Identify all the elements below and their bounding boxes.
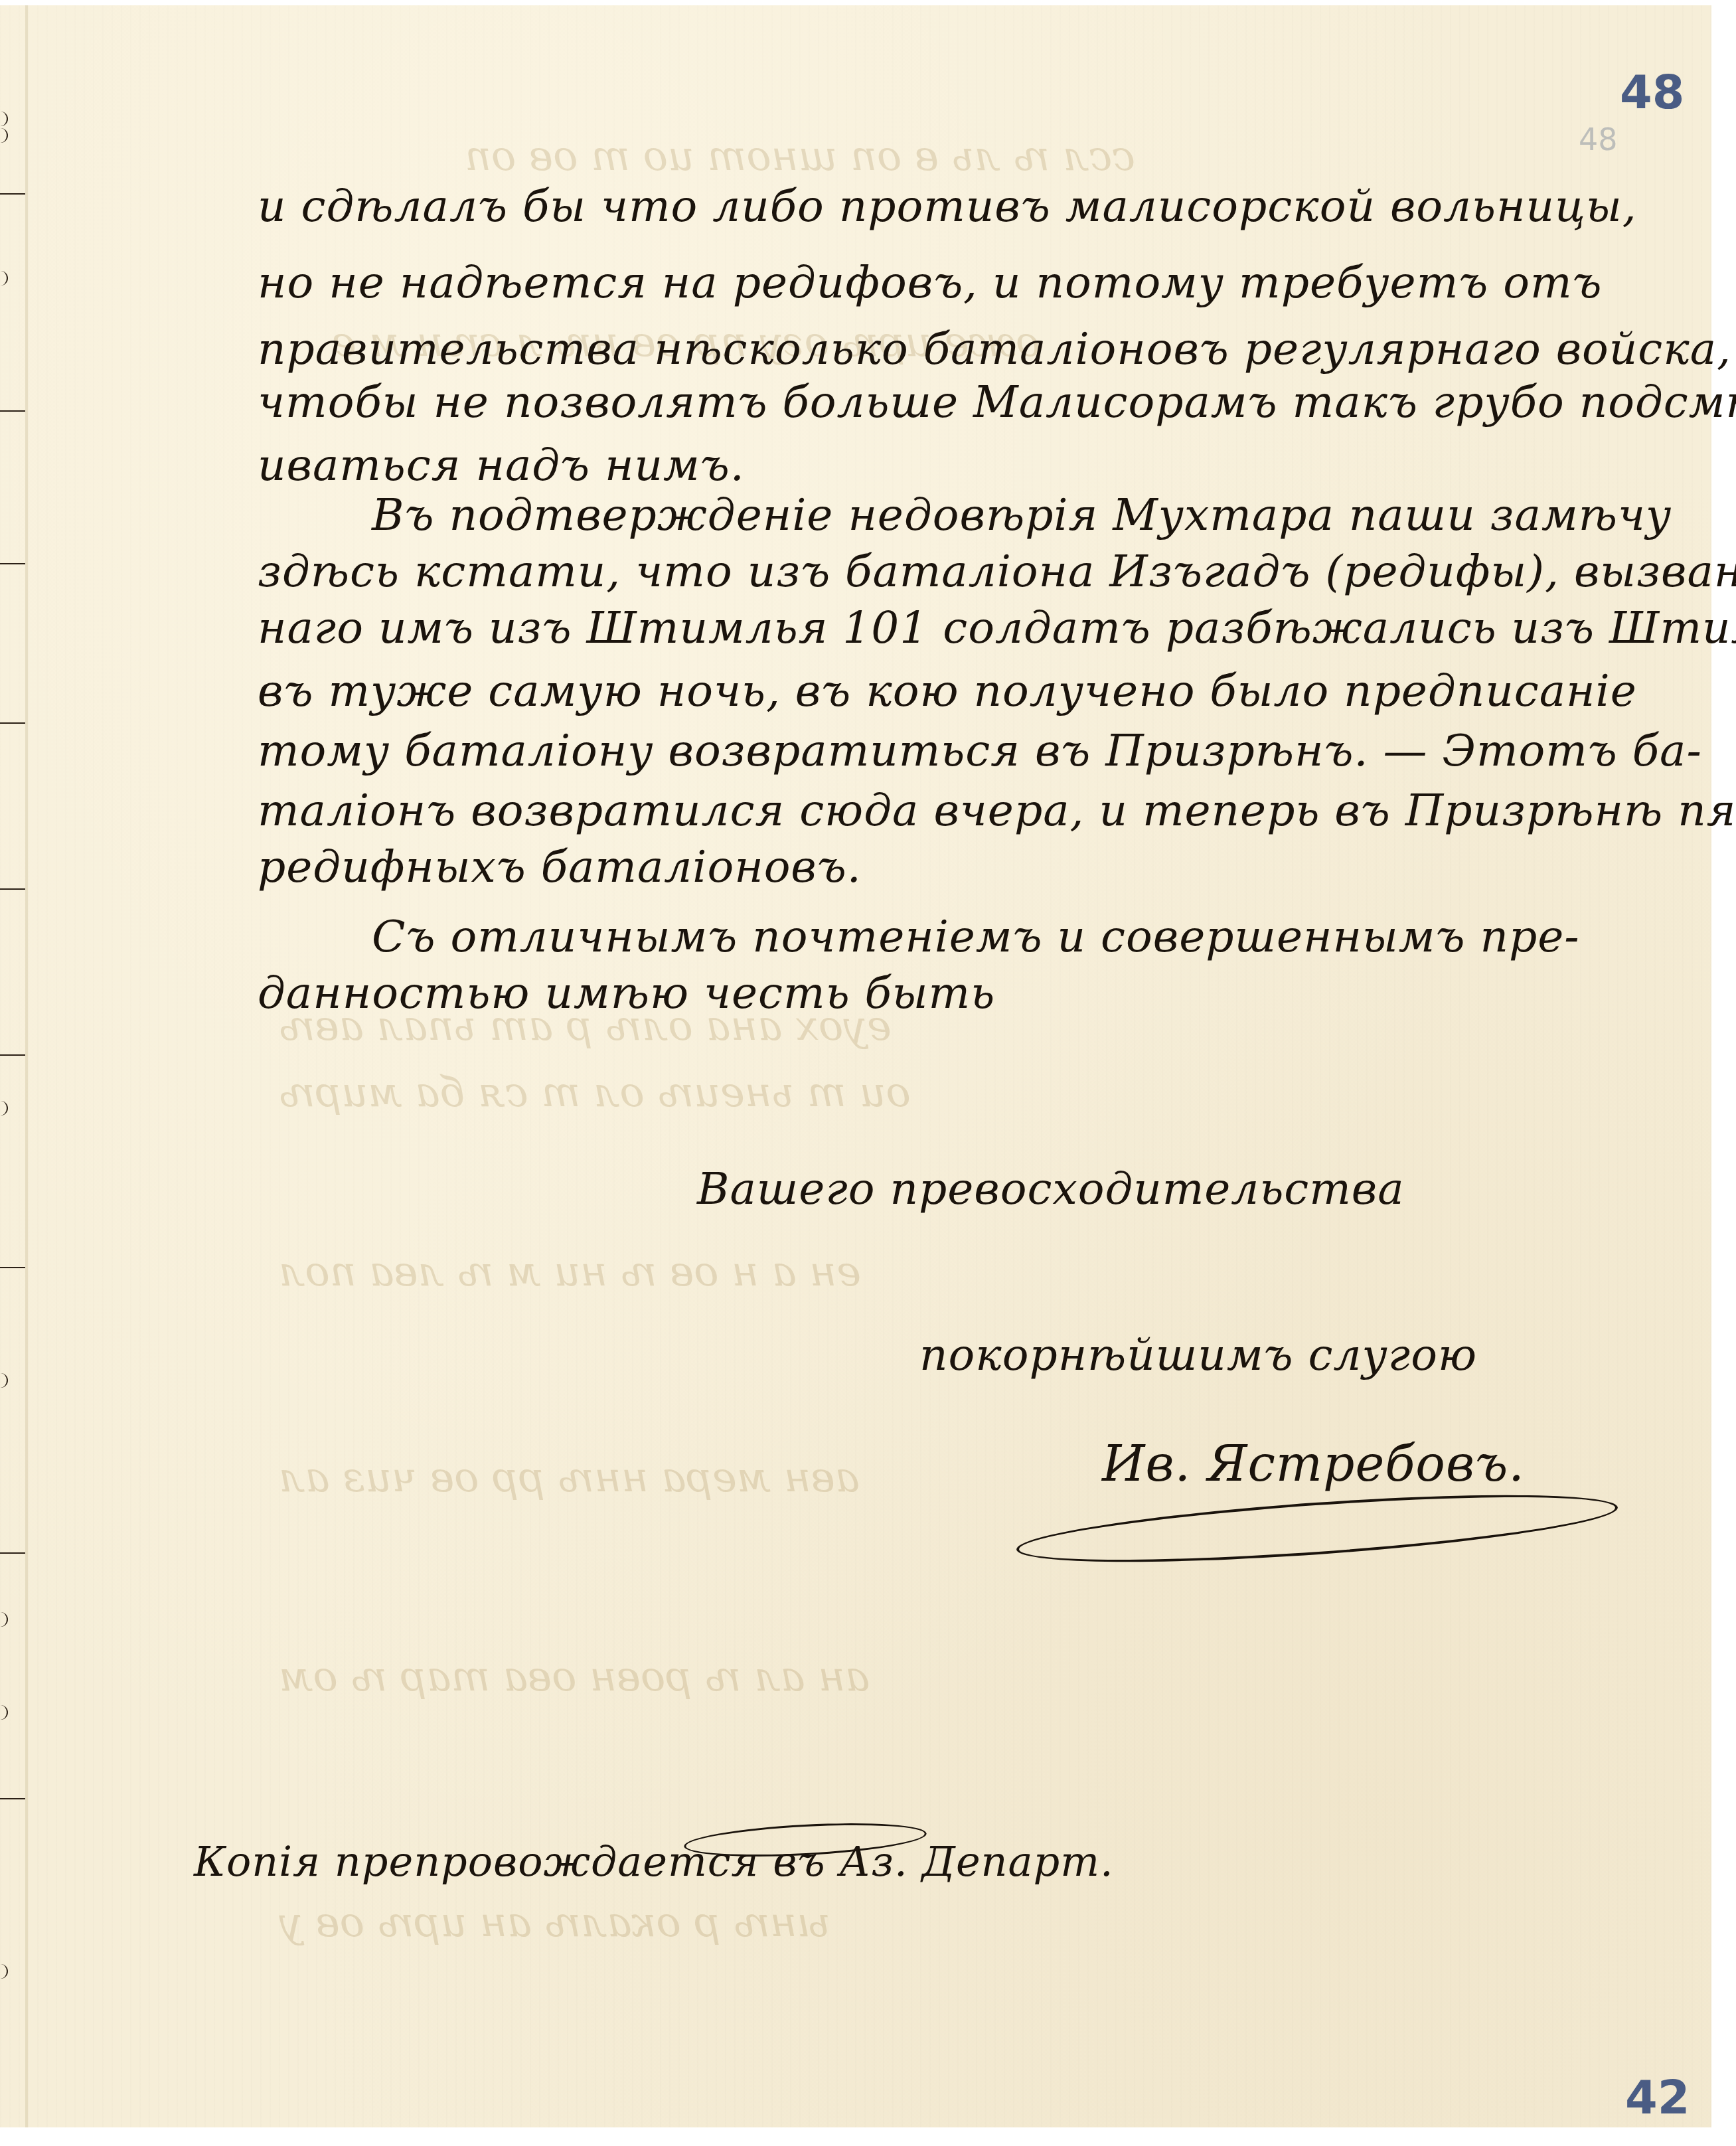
body-line: въ туже самую ночь, въ кою получено было… <box>258 669 1637 713</box>
margin-rule <box>0 1054 25 1056</box>
body-line: Съ отличнымъ почтеніемъ и совершеннымъ п… <box>372 915 1580 959</box>
body-line: иваться надъ нимъ. <box>258 444 745 487</box>
body-line: таліонъ возвратился сюда вчера, и теперь… <box>258 789 1736 833</box>
margin-rule <box>0 888 25 890</box>
margin-mark <box>0 1705 8 1720</box>
page-fold-line <box>25 5 28 2127</box>
footnote-copy-note: Копія препровождается въ Аз. Департ. <box>194 1841 1114 1882</box>
margin-rule <box>0 193 25 195</box>
margin-mark <box>0 112 8 126</box>
body-line: редифныхъ баталіоновъ. <box>258 845 862 889</box>
body-line: Въ подтвержденіе недовѣрія Мухтара паши … <box>372 493 1672 537</box>
margin-rule <box>0 722 25 724</box>
body-line: чтобы не позволятъ больше Малисорамъ так… <box>258 380 1736 424</box>
manuscript-page: ссл ѣ ль в оп шнот ио т ов оп оже ирѣ ог… <box>0 5 1711 2127</box>
body-line: здѣсь кстати, что изъ баталіона Изъгадъ … <box>258 550 1736 594</box>
margin-mark <box>0 1612 8 1627</box>
folio-number-top: 48 <box>1620 65 1684 120</box>
margin-mark <box>0 1964 8 1979</box>
margin-mark <box>0 128 8 143</box>
body-line: наго имъ изъ Штимлья 101 солдатъ разбѣжа… <box>258 606 1736 650</box>
bleed-through-text: ынѣ р окалѣ ан ирѣ ов у <box>279 1898 830 1946</box>
margin-mark <box>0 271 8 286</box>
margin-rule <box>0 1552 25 1554</box>
body-line: данностью имѣю честь быть <box>258 971 995 1015</box>
closing-servant: покорнѣйшимъ слугою <box>919 1333 1477 1377</box>
bleed-through-text: авн мера ннѣ рр ов чиз ал <box>279 1453 860 1501</box>
body-line: тому баталіону возвратиться въ Призрѣнъ.… <box>258 729 1702 773</box>
margin-mark <box>0 1373 8 1388</box>
body-line: и сдѣлалъ бы что либо противъ малисорско… <box>258 185 1637 228</box>
body-line: правительства нѣсколько баталіоновъ регу… <box>258 327 1731 371</box>
margin-rule <box>0 410 25 412</box>
bleed-through-text: ен а н ов ѣ ни м ѣ лва пол <box>279 1247 861 1295</box>
bleed-through-text: ои т ьнеиѣ ол т ся ба мирѣ <box>279 1068 911 1116</box>
bleed-through-text: ссл ѣ ль в оп шнот ио т ов оп <box>465 131 1135 180</box>
margin-rule <box>0 563 25 564</box>
bleed-through-text: ан ал ѣ ровн ова тар ѣ ом <box>279 1652 870 1700</box>
margin-rule <box>0 1798 25 1799</box>
margin-mark <box>0 1101 8 1115</box>
body-line: но не надѣется на редифовъ, и потому тре… <box>258 261 1603 305</box>
signature-flourish <box>1014 1481 1619 1575</box>
folio-number-bottom: 42 <box>1625 2070 1690 2125</box>
folio-number-faint: 48 <box>1579 122 1618 157</box>
closing-formula: Вашего превосходительства <box>697 1167 1405 1211</box>
signature: Ив. Ястребовъ. <box>1102 1440 1525 1489</box>
margin-rule <box>0 1267 25 1268</box>
